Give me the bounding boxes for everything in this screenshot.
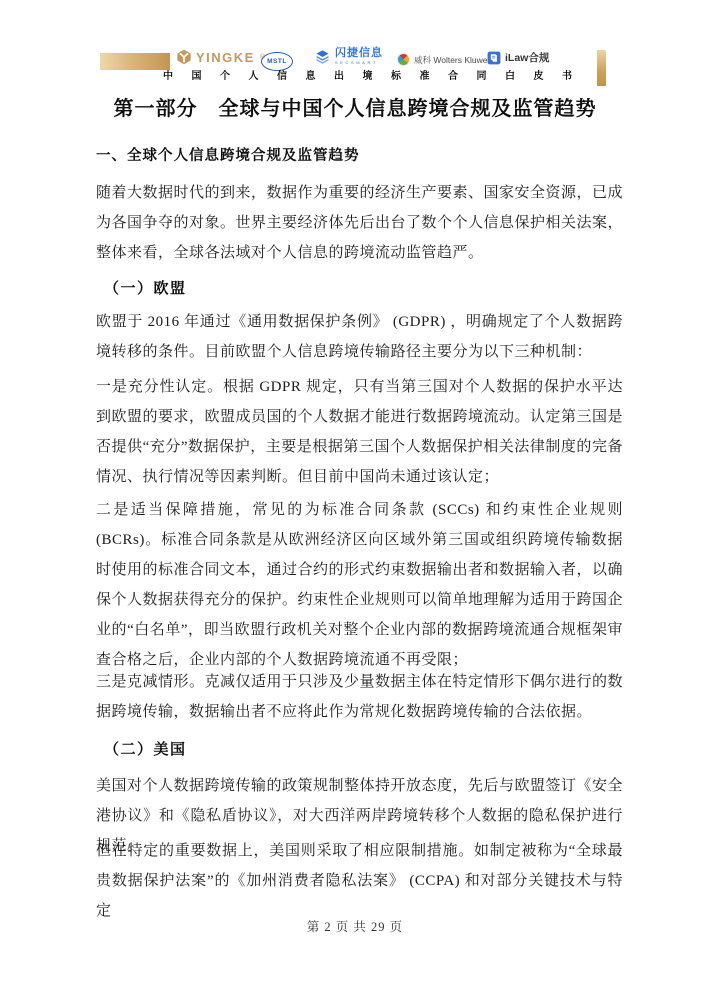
section-heading: 一、全球个人信息跨境合规及监管趋势 (96, 144, 360, 165)
wolters-kluwer-logo: 威科 Wolters Kluwer (397, 53, 490, 66)
paragraph-eu-derogations: 三是克减情形。克减仅适用于只涉及少量数据主体在特定情形下偶尔进行的数据跨境传输，… (96, 667, 623, 727)
paragraph-us-restrictions: 但在特定的重要数据上，美国则采取了相应限制措施。如制定被称为“全球最贵数据保护法… (96, 836, 623, 926)
secsmart-logo-text: 闪捷信息 (335, 48, 383, 59)
secsmart-logo-subtext: SECSMART (335, 61, 383, 65)
gold-bar-left-decoration (100, 53, 170, 70)
header-banner-title: 中国个人信息出境标准合同白皮书 (163, 67, 591, 82)
secsmart-layers-icon (314, 49, 331, 65)
ilaw-logo: iLaw合规 (487, 50, 549, 65)
yingke-logo: YINGKE® (176, 49, 265, 65)
gold-bar-right-decoration (597, 50, 606, 86)
paragraph-eu-safeguards: 二是适当保障措施，常见的为标准合同条款 (SCCs) 和约束性企业规则 (BCR… (96, 495, 623, 675)
ilaw-logo-text: iLaw合规 (505, 50, 549, 65)
wolters-kluwer-logo-text: 威科 Wolters Kluwer (414, 54, 490, 66)
document-title: 第一部分 全球与中国个人信息跨境合规及监管趋势 (0, 92, 710, 121)
subsection-heading-us: （二）美国 (104, 738, 187, 759)
paragraph-eu-adequacy: 一是充分性认定。根据 GDPR 规定，只有当第三国对个人数据的保护水平达到欧盟的… (96, 372, 623, 492)
yingke-logo-text: YINGKE (196, 50, 255, 65)
page-number-footer: 第 2 页 共 29 页 (0, 917, 710, 935)
secsmart-logo: 闪捷信息 SECSMART (314, 48, 383, 65)
yingke-logo-icon (176, 49, 192, 65)
ilaw-book-icon (487, 51, 501, 65)
subsection-heading-eu: （一）欧盟 (104, 277, 187, 298)
paragraph-eu-overview: 欧盟于 2016 年通过《通用数据保护条例》 (GDPR) ，明确规定了个人数据… (96, 307, 623, 367)
document-page: YINGKE® MSTL 闪捷信息 SECSMART 威科 Wolters Kl… (0, 0, 710, 1004)
paragraph-intro: 随着大数据时代的到来，数据作为重要的经济生产要素、国家安全资源，已成为各国争夺的… (96, 178, 623, 268)
wolters-kluwer-globe-icon (397, 53, 410, 66)
